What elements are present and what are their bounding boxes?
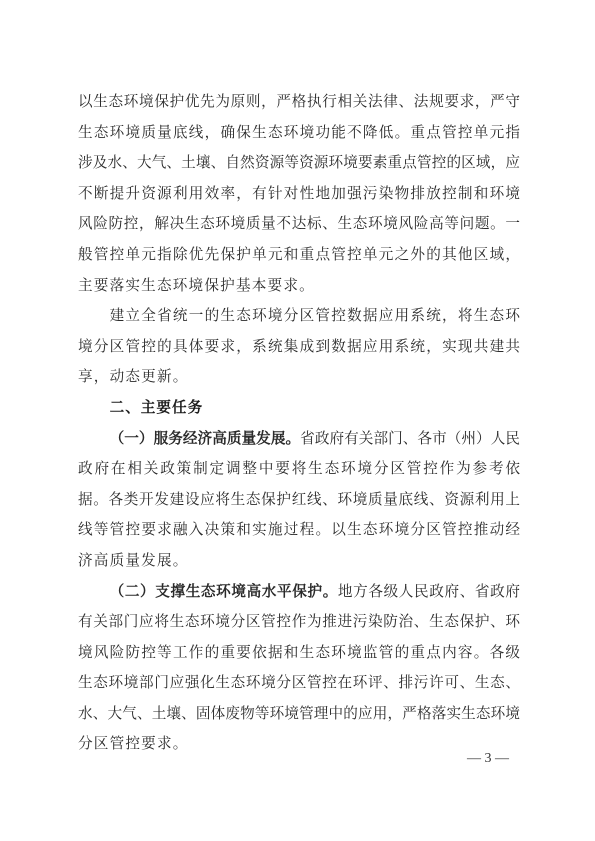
text-line: 以生态环境保护优先为原则，严格执行相关法律、法规要求，严守 <box>78 87 520 118</box>
text-line: 生态环境质量底线，确保生态环境功能不降低。重点管控单元指 <box>78 118 520 149</box>
task-1-first-line: （一）服务经济高质量发展。省政府有关部门、各市（州）人民 <box>78 424 520 455</box>
text-line: 政府在相关政策制定调整中要将生态环境分区管控作为参考依 <box>78 454 520 485</box>
text-line: 般管控单元指除优先保护单元和重点管控单元之外的其他区域， <box>78 240 520 271</box>
text-line: 主要落实生态环境保护基本要求。 <box>78 271 520 302</box>
text-line: 据。各类开发建设应将生态保护红线、环境质量底线、资源利用上 <box>78 485 520 516</box>
section-heading: 二、主要任务 <box>78 393 520 424</box>
task-2-first-line: （二）支撑生态环境高水平保护。地方各级人民政府、省政府 <box>78 577 520 608</box>
page-number: — 3 — <box>462 751 514 767</box>
text-line: 分区管控要求。 <box>78 729 520 760</box>
text-line: 有关部门应将生态环境分区管控作为推进污染防治、生态保护、环 <box>78 607 520 638</box>
text-line: 建立全省统一的生态环境分区管控数据应用系统，将生态环 <box>78 301 520 332</box>
text-line: 生态环境部门应强化生态环境分区管控在环评、排污许可、生态、 <box>78 668 520 699</box>
text-line: 线等管控要求融入决策和实施过程。以生态环境分区管控推动经 <box>78 515 520 546</box>
task-1-text: 省政府有关部门、各市（州）人民 <box>300 430 520 447</box>
document-page: 以生态环境保护优先为原则，严格执行相关法律、法规要求，严守 生态环境质量底线，确… <box>0 0 595 841</box>
text-line: 境分区管控的具体要求，系统集成到数据应用系统，实现共建共 <box>78 332 520 363</box>
task-2-text: 地方各级人民政府、省政府 <box>338 583 520 600</box>
document-body: 以生态环境保护优先为原则，严格执行相关法律、法规要求，严守 生态环境质量底线，确… <box>78 87 520 760</box>
text-line: 济高质量发展。 <box>78 546 520 577</box>
text-line: 不断提升资源利用效率，有针对性地加强污染物排放控制和环境 <box>78 179 520 210</box>
text-line: 水、大气、土壤、固体废物等环境管理中的应用，严格落实生态环境 <box>78 699 520 730</box>
text-line: 享，动态更新。 <box>78 362 520 393</box>
text-line: 境风险防控等工作的重要依据和生态环境监管的重点内容。各级 <box>78 638 520 669</box>
text-line: 涉及水、大气、土壤、自然资源等资源环境要素重点管控的区域，应 <box>78 148 520 179</box>
task-2-title: （二）支撑生态环境高水平保护。 <box>110 583 338 600</box>
text-line: 风险防控，解决生态环境质量不达标、生态环境风险高等问题。一 <box>78 209 520 240</box>
task-1-title: （一）服务经济高质量发展。 <box>110 430 301 447</box>
